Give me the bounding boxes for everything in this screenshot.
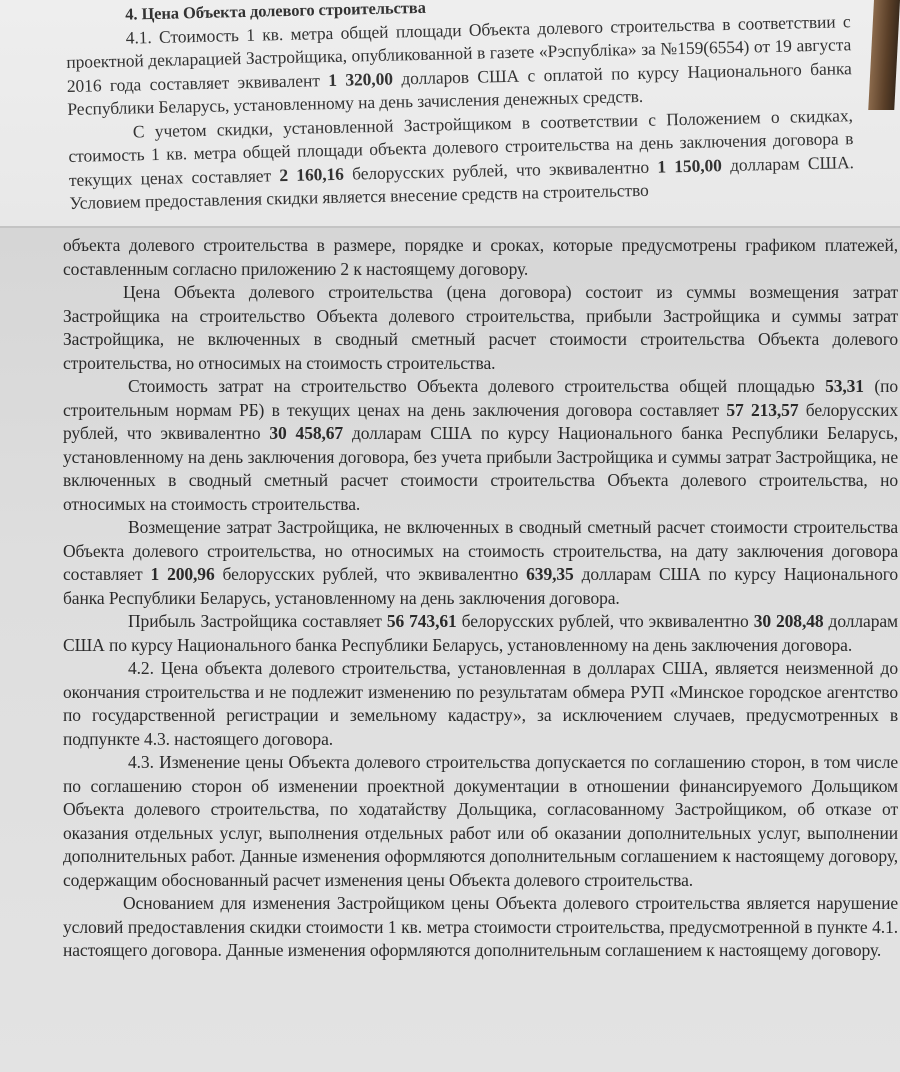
- construction-cost-usd: 30 458,67: [269, 423, 343, 443]
- bottom-text-block: объекта долевого строительства в размере…: [63, 234, 898, 963]
- paragraph-continuation: объекта долевого строительства в размере…: [63, 234, 898, 281]
- reimbursement-usd: 639,35: [526, 564, 574, 584]
- reimbursement-byn: 1 200,96: [151, 564, 215, 584]
- paragraph-4-2: 4.2. Цена объекта долевого строительства…: [63, 657, 898, 751]
- wooden-table-edge: [868, 0, 900, 110]
- text-run: Прибыль Застройщика составляет: [128, 611, 387, 631]
- discount-price-usd: 1 150,00: [657, 155, 722, 176]
- text-run: Стоимость затрат на строительство Объект…: [128, 376, 825, 396]
- paragraph-reimbursement: Возмещение затрат Застройщика, не включе…: [63, 516, 898, 610]
- discount-price-byn: 2 160,16: [279, 163, 344, 184]
- paragraph-basis-for-change: Основанием для изменения Застройщиком це…: [63, 892, 898, 963]
- paragraph-price-composition: Цена Объекта долевого строительства (цен…: [63, 281, 898, 375]
- text-run: белорусских рублей, что эквивалентно: [344, 156, 658, 183]
- document-photo-top: 4. Цена Объекта долевого строительства 4…: [0, 0, 900, 228]
- paragraph-4-1: 4.1. Стоимость 1 кв. метра общей площади…: [66, 10, 853, 122]
- paragraph-profit: Прибыль Застройщика составляет 56 743,61…: [63, 610, 898, 657]
- paragraph-construction-cost: Стоимость затрат на строительство Объект…: [63, 375, 898, 516]
- price-per-sqm-usd: 1 320,00: [328, 68, 393, 89]
- top-text-block: 4. Цена Объекта долевого строительства 4…: [65, 0, 855, 215]
- profit-usd: 30 208,48: [754, 611, 824, 631]
- paragraph-discount: С учетом скидки, установленной Застройщи…: [68, 104, 855, 216]
- paragraph-4-3: 4.3. Изменение цены Объекта долевого стр…: [63, 751, 898, 892]
- text-run: белорусских рублей, что эквивалентно: [215, 564, 527, 584]
- profit-byn: 56 743,61: [387, 611, 457, 631]
- area-value: 53,31: [825, 376, 864, 396]
- text-run: белорусских рублей, что эквивалентно: [457, 611, 754, 631]
- construction-cost-byn: 57 213,57: [726, 400, 798, 420]
- document-photo-bottom: объекта долевого строительства в размере…: [0, 228, 900, 1072]
